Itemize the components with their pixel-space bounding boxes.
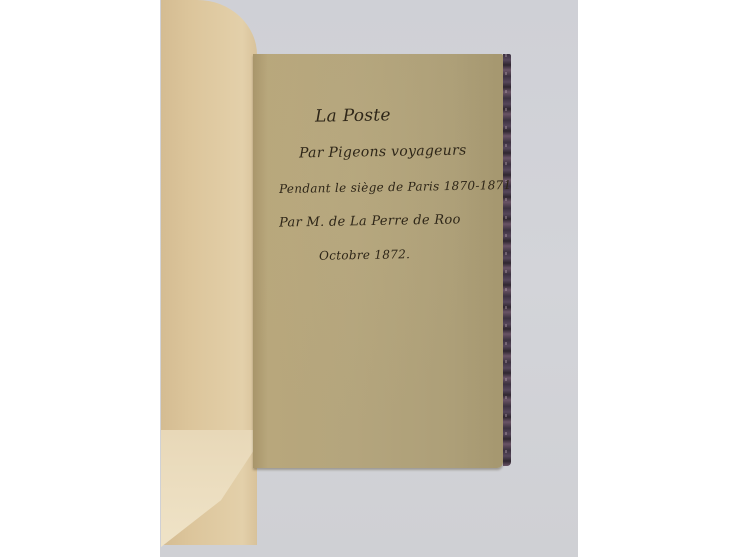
title-line-la-poste: La Poste [315, 105, 391, 126]
book-photograph: La Poste Par Pigeons voyageurs Pendant l… [0, 0, 740, 557]
author-line: Par M. de La Perre de Roo [279, 212, 461, 230]
subtitle-line-pigeons: Par Pigeons voyageurs [299, 143, 467, 162]
handwritten-title-block: La Poste Par Pigeons voyageurs Pendant l… [253, 54, 503, 468]
marbled-page-edge [503, 54, 511, 466]
subtitle-line-siege: Pendant le siège de Paris 1870-1871 [279, 178, 512, 196]
date-line: Octobre 1872. [319, 247, 410, 263]
